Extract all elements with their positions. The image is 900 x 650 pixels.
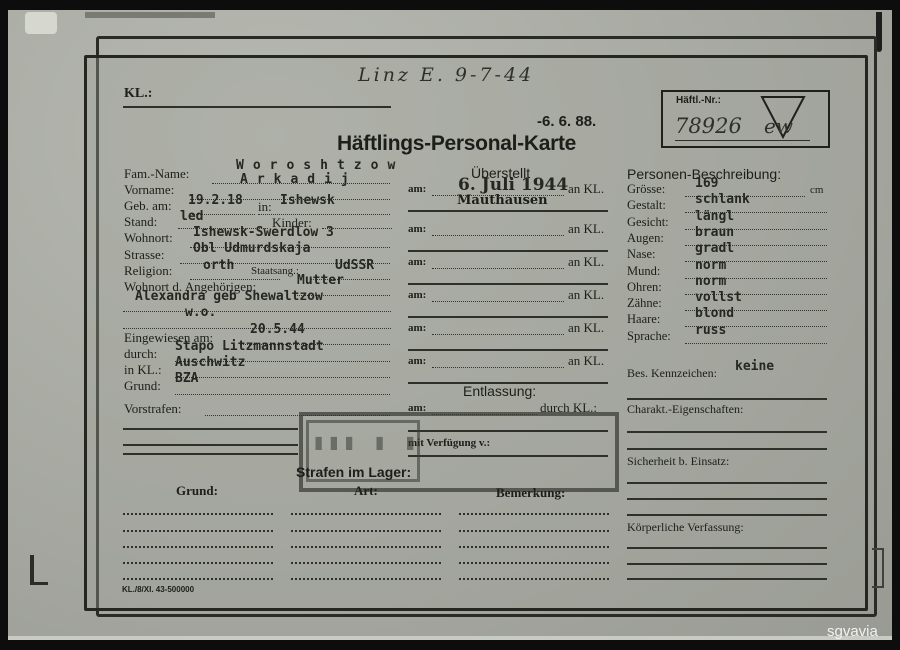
field-label-8: Religion: — [124, 263, 172, 279]
transfer-date-line-4 — [432, 334, 564, 335]
prisoner-number-label: Häftl.-Nr.: — [676, 95, 721, 106]
punishment-line-0-2 — [123, 546, 273, 548]
desc-line-g — [627, 547, 827, 549]
kl-line — [123, 106, 391, 108]
card-title: Häftlings-Personal-Karte — [337, 132, 576, 156]
desc-line-i — [627, 578, 827, 580]
punishment-line-1-4 — [291, 578, 441, 580]
transfer-am-label-2: am: — [408, 256, 426, 268]
desc-value-2: längl — [695, 209, 734, 224]
desc-label-5: Mund: — [627, 264, 660, 279]
punishment-line-2-4 — [459, 578, 609, 580]
desc-value-4: gradl — [695, 241, 734, 256]
transfer-an-kl-label-1: an KL. — [568, 221, 604, 237]
desc-line-d — [627, 482, 827, 484]
margin-mark-l-foot — [30, 582, 48, 585]
transfer-camp-0: Mauthausen — [457, 193, 548, 208]
field-label-15: in KL.: — [124, 362, 162, 378]
field-line-17 — [205, 415, 390, 416]
punishment-line-0-0 — [123, 513, 273, 515]
field-label-3: in: — [258, 199, 272, 215]
field-label-1: Vorname: — [124, 182, 174, 198]
field-value-2: 19.2.18 — [188, 193, 243, 208]
desc-label-3: Augen: — [627, 231, 664, 246]
transfer-an-kl-label-4: an KL. — [568, 320, 604, 336]
desc-line-a — [627, 398, 827, 400]
photo-edge — [8, 636, 892, 640]
field-label-14: durch: — [124, 346, 157, 362]
transfer-camp-line-0 — [408, 210, 608, 212]
punishment-line-0-3 — [123, 562, 273, 564]
transfer-date-line-2 — [432, 268, 564, 269]
handwritten-header: Linz E. 9-7-44 — [358, 64, 534, 86]
field-value-15: Auschwitz — [175, 355, 245, 370]
transfer-am-label-1: am: — [408, 223, 426, 235]
desc-unit-0: cm — [810, 184, 823, 196]
field-label-16: Grund: — [124, 378, 161, 394]
transfer-date-line-5 — [432, 367, 564, 368]
marks-value: keine — [735, 359, 774, 374]
field-value-13: 20.5.44 — [250, 322, 305, 337]
desc-line-f — [627, 514, 827, 516]
field-value-12: w.o. — [185, 305, 216, 320]
number-underline — [675, 140, 810, 141]
prisoner-number-note: ew — [764, 114, 793, 138]
transfer-camp-line-2 — [408, 283, 608, 285]
transfer-an-kl-label-5: an KL. — [568, 353, 604, 369]
desc-value-7: vollst — [695, 290, 742, 305]
field-value-16: BZA — [175, 371, 198, 386]
desc-value-0: 169 — [695, 176, 718, 191]
punishment-line-1-3 — [291, 562, 441, 564]
stamp-impression: ▮▮▮ ▮ ▮ — [312, 430, 419, 455]
desc-label-9: Sprache: — [627, 329, 671, 344]
field-line-11 — [123, 311, 391, 312]
desc-label-8: Haare: — [627, 312, 660, 327]
transfer-date-line-3 — [432, 301, 564, 302]
field-label-9: Staatsang.: — [251, 265, 299, 277]
field-value-6: Ishewsk-Swerdlow 3 — [193, 225, 334, 240]
field-value-0: Woroshtzow — [236, 158, 404, 173]
desc-label-0: Grösse: — [627, 182, 665, 197]
desc-value-5: norm — [695, 258, 726, 273]
punishments-col-grund: Grund: — [176, 483, 218, 499]
desc-line-c — [627, 448, 827, 450]
transfer-am-label-5: am: — [408, 355, 426, 367]
transfer-camp-line-1 — [408, 250, 608, 252]
field-value-8: orth — [203, 258, 234, 273]
transfer-date-line-1 — [432, 235, 564, 236]
field-label-0: Fam.-Name: — [124, 166, 189, 182]
punishments-col-art: Art: — [354, 483, 378, 499]
transfer-camp-line-5 — [408, 382, 608, 384]
desc-label-4: Nase: — [627, 247, 655, 262]
transfer-an-kl-label-0: an KL. — [568, 181, 604, 197]
punishment-line-1-2 — [291, 546, 441, 548]
side-tab — [872, 548, 884, 588]
transfer-camp-line-4 — [408, 349, 608, 351]
punishment-line-2-1 — [459, 530, 609, 532]
transfer-am-label-3: am: — [408, 289, 426, 301]
physical-label: Körperliche Verfassung: — [627, 520, 744, 535]
punishments-heading: Strafen im Lager: — [296, 464, 411, 480]
vorstrafen-line-3 — [123, 453, 298, 455]
vorstrafen-line-1 — [123, 428, 298, 430]
transfer-an-kl-label-3: an KL. — [568, 287, 604, 303]
date-stamp: -6. 6. 88. — [537, 113, 596, 130]
kl-label: KL.: — [124, 86, 152, 102]
desc-line-9 — [685, 343, 827, 344]
transfer-date-0: 6. Juli 1944 — [458, 175, 568, 195]
security-label: Sicherheit b. Einsatz: — [627, 454, 729, 469]
punishment-line-2-2 — [459, 546, 609, 548]
punishment-line-1-1 — [291, 530, 441, 532]
desc-value-1: schlank — [695, 192, 750, 207]
punishments-col-bemerkung: Bemerkung: — [496, 485, 565, 501]
margin-mark-l — [30, 555, 34, 583]
field-value-1: Arkadij — [240, 172, 358, 187]
watermark: sgvavia — [827, 623, 878, 640]
form-code: KL./8/XI. 43-500000 — [122, 585, 194, 594]
punishment-line-2-3 — [459, 562, 609, 564]
character-label: Charakt.-Eigenschaften: — [627, 402, 743, 417]
field-label-2: Geb. am: — [124, 198, 172, 214]
transfer-camp-line-3 — [408, 316, 608, 318]
desc-value-9: russ — [695, 323, 726, 338]
field-label-17: Vorstrafen: — [124, 401, 182, 417]
field-line-geb — [190, 214, 255, 215]
corner-tab — [25, 12, 57, 34]
transfer-an-kl-label-2: an KL. — [568, 254, 604, 270]
field-value-11: Alexandra geb Shewaltzow — [135, 289, 323, 304]
desc-value-8: blond — [695, 306, 734, 321]
field-value-7: Obl Udmurdskaja — [193, 241, 310, 256]
field-value-4: led — [180, 209, 203, 224]
vorstrafen-line-2 — [123, 444, 298, 446]
field-value-3: Ishewsk — [280, 193, 335, 208]
scan-artifact — [85, 12, 215, 18]
field-label-4: Stand: — [124, 214, 157, 230]
prisoner-number-value: 78926 — [675, 114, 742, 138]
punishment-line-0-4 — [123, 578, 273, 580]
marks-label: Bes. Kennzeichen: — [627, 366, 717, 381]
desc-value-6: norm — [695, 274, 726, 289]
transfer-am-label-0: am: — [408, 183, 426, 195]
desc-line-b — [627, 431, 827, 433]
desc-label-6: Ohren: — [627, 280, 662, 295]
desc-line-e — [627, 498, 827, 500]
field-line-16 — [175, 394, 390, 395]
desc-value-3: braun — [695, 225, 734, 240]
field-label-7: Strasse: — [124, 247, 164, 263]
field-label-6: Wohnort: — [124, 230, 173, 246]
desc-label-7: Zähne: — [627, 296, 662, 311]
desc-line-h — [627, 563, 827, 565]
punishment-line-0-1 — [123, 530, 273, 532]
field-value-10: Mutter — [297, 273, 344, 288]
field-line-15 — [175, 377, 390, 378]
desc-label-1: Gestalt: — [627, 198, 666, 213]
field-value-9: UdSSR — [335, 258, 374, 273]
punishment-line-2-0 — [459, 513, 609, 515]
punishment-line-1-0 — [291, 513, 441, 515]
transfer-am-label-4: am: — [408, 322, 426, 334]
desc-label-2: Gesicht: — [627, 215, 669, 230]
field-value-14: Stapo Litzmannstadt — [175, 339, 324, 354]
release-heading: Entlassung: — [463, 383, 536, 399]
